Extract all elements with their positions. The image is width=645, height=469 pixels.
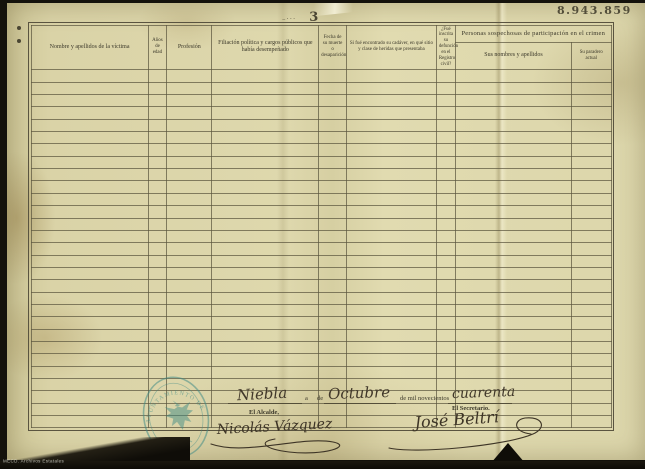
- empty-cell: [167, 206, 212, 218]
- empty-cell: [346, 243, 436, 255]
- empty-cell: [319, 304, 347, 316]
- empty-cell: [456, 255, 572, 267]
- empty-cell: [212, 95, 319, 107]
- empty-cell: [212, 218, 319, 230]
- empty-cell: [572, 206, 612, 218]
- empty-cell: [31, 329, 148, 341]
- empty-cell: [456, 193, 572, 205]
- scan-edge-top: [0, 0, 645, 3]
- table-row: [31, 267, 611, 279]
- empty-cell: [167, 354, 212, 366]
- empty-cell: [212, 317, 319, 329]
- empty-cell: [31, 82, 148, 94]
- empty-cell: [212, 169, 319, 181]
- empty-cell: [436, 193, 455, 205]
- empty-cell: [456, 181, 572, 193]
- empty-cell: [436, 70, 455, 82]
- empty-cell: [212, 206, 319, 218]
- empty-cell: [167, 107, 212, 119]
- empty-cell: [167, 181, 212, 193]
- empty-cell: [167, 317, 212, 329]
- empty-cell: [148, 280, 167, 292]
- empty-cell: [212, 267, 319, 279]
- empty-cell: [346, 354, 436, 366]
- empty-cell: [436, 329, 455, 341]
- empty-cell: [572, 317, 612, 329]
- table-row: [31, 193, 611, 205]
- empty-cell: [319, 169, 347, 181]
- registry-table-wrap: Nombre y apellidos de la víctima Años de…: [28, 22, 614, 431]
- table-header: Nombre y apellidos de la víctima Años de…: [31, 25, 611, 70]
- empty-cell: [436, 181, 455, 193]
- empty-cell: [31, 243, 148, 255]
- empty-cell: [346, 366, 436, 378]
- empty-cell: [346, 95, 436, 107]
- empty-cell: [212, 304, 319, 316]
- col-header-registro: ¿Fué inscrita su defunción en el Registr…: [436, 25, 455, 70]
- empty-cell: [31, 70, 148, 82]
- empty-cell: [31, 317, 148, 329]
- empty-cell: [456, 82, 572, 94]
- empty-cell: [148, 354, 167, 366]
- empty-cell: [167, 230, 212, 242]
- table-row: [31, 70, 611, 82]
- empty-cell: [436, 366, 455, 378]
- empty-cell: [456, 95, 572, 107]
- empty-cell: [456, 132, 572, 144]
- table-row: [31, 218, 611, 230]
- empty-cell: [456, 304, 572, 316]
- empty-cell: [319, 206, 347, 218]
- empty-cell: [572, 403, 612, 415]
- table-body: [31, 70, 611, 428]
- empty-cell: [572, 193, 612, 205]
- table-row: [31, 317, 611, 329]
- empty-cell: [212, 107, 319, 119]
- empty-cell: [319, 317, 347, 329]
- serial-number-stamp: 8.943.859: [557, 4, 632, 17]
- empty-cell: [319, 255, 347, 267]
- empty-cell: [319, 292, 347, 304]
- col-header-filiacion: Filiación política y cargos públicos que…: [212, 25, 319, 70]
- empty-cell: [167, 119, 212, 131]
- empty-cell: [212, 292, 319, 304]
- empty-cell: [148, 82, 167, 94]
- empty-cell: [31, 366, 148, 378]
- empty-cell: [572, 366, 612, 378]
- empty-cell: [148, 193, 167, 205]
- empty-cell: [31, 132, 148, 144]
- table-row: [31, 341, 611, 353]
- empty-cell: [456, 354, 572, 366]
- empty-cell: [346, 107, 436, 119]
- empty-cell: [319, 82, 347, 94]
- empty-cell: [436, 243, 455, 255]
- page-notch-shadow: [491, 443, 525, 463]
- empty-cell: [346, 329, 436, 341]
- table-row: [31, 366, 611, 378]
- empty-cell: [167, 144, 212, 156]
- empty-cell: [456, 169, 572, 181]
- table-row: [31, 156, 611, 168]
- empty-cell: [572, 107, 612, 119]
- empty-cell: [167, 304, 212, 316]
- empty-cell: [167, 341, 212, 353]
- empty-cell: [456, 156, 572, 168]
- empty-cell: [572, 267, 612, 279]
- empty-cell: [346, 169, 436, 181]
- empty-cell: [167, 132, 212, 144]
- empty-cell: [319, 354, 347, 366]
- empty-cell: [31, 144, 148, 156]
- archive-watermark: MECD. Archivos Estatales: [3, 459, 64, 464]
- empty-cell: [572, 70, 612, 82]
- empty-cell: [572, 169, 612, 181]
- empty-cell: [148, 341, 167, 353]
- empty-cell: [212, 230, 319, 242]
- empty-cell: [456, 280, 572, 292]
- date-year-handwritten: cuarenta: [452, 384, 516, 402]
- eagle-icon: [163, 397, 197, 433]
- empty-cell: [346, 70, 436, 82]
- empty-cell: [148, 70, 167, 82]
- empty-cell: [148, 119, 167, 131]
- empty-cell: [456, 243, 572, 255]
- empty-cell: [31, 341, 148, 353]
- empty-cell: [456, 206, 572, 218]
- empty-cell: [212, 132, 319, 144]
- empty-cell: [436, 304, 455, 316]
- empty-cell: [148, 292, 167, 304]
- secretario-signature: José Beltrí: [385, 404, 565, 456]
- table-row: [31, 304, 611, 316]
- empty-cell: [167, 169, 212, 181]
- empty-cell: [148, 218, 167, 230]
- empty-cell: [319, 280, 347, 292]
- alcalde-signature-flourish: [211, 439, 340, 453]
- table-row: [31, 243, 611, 255]
- table-row: [31, 230, 611, 242]
- empty-cell: [148, 230, 167, 242]
- alcalde-signature-text: Nicolás Vázquez: [215, 416, 333, 438]
- empty-cell: [319, 107, 347, 119]
- blank-rule: [228, 403, 302, 404]
- empty-cell: [436, 82, 455, 94]
- empty-cell: [148, 317, 167, 329]
- empty-cell: [436, 119, 455, 131]
- empty-cell: [148, 206, 167, 218]
- empty-cell: [31, 304, 148, 316]
- table-row: [31, 206, 611, 218]
- empty-cell: [212, 354, 319, 366]
- empty-cell: [436, 206, 455, 218]
- empty-cell: [436, 95, 455, 107]
- empty-cell: [319, 341, 347, 353]
- table-row: [31, 82, 611, 94]
- empty-cell: [572, 280, 612, 292]
- empty-cell: [456, 70, 572, 82]
- empty-cell: [31, 267, 148, 279]
- empty-cell: [456, 119, 572, 131]
- col-header-fecha: Fecha de su muerte o desaparición: [319, 25, 347, 70]
- empty-cell: [167, 292, 212, 304]
- table-row: [31, 354, 611, 366]
- table-row: [31, 292, 611, 304]
- table-row: [31, 169, 611, 181]
- scan-edge-bottom: [0, 461, 645, 469]
- empty-cell: [346, 82, 436, 94]
- empty-cell: [212, 329, 319, 341]
- empty-cell: [167, 329, 212, 341]
- empty-cell: [212, 255, 319, 267]
- col-header-cadaver: Si fué encontrado su cadáver, en qué sit…: [346, 25, 436, 70]
- empty-cell: [148, 156, 167, 168]
- empty-cell: [572, 391, 612, 403]
- empty-cell: [212, 193, 319, 205]
- empty-cell: [212, 280, 319, 292]
- empty-cell: [346, 181, 436, 193]
- empty-cell: [572, 243, 612, 255]
- empty-cell: [319, 95, 347, 107]
- empty-cell: [212, 366, 319, 378]
- binding-hole: [17, 26, 21, 30]
- empty-cell: [456, 292, 572, 304]
- empty-cell: [572, 132, 612, 144]
- empty-cell: [31, 193, 148, 205]
- empty-cell: [148, 329, 167, 341]
- empty-cell: [572, 292, 612, 304]
- empty-cell: [346, 132, 436, 144]
- empty-cell: [31, 181, 148, 193]
- empty-cell: [31, 218, 148, 230]
- empty-cell: [148, 144, 167, 156]
- empty-cell: [572, 156, 612, 168]
- empty-cell: [572, 95, 612, 107]
- date-place-handwritten: Niebla: [237, 384, 288, 405]
- empty-cell: [319, 329, 347, 341]
- empty-cell: [346, 292, 436, 304]
- empty-cell: [436, 280, 455, 292]
- empty-cell: [212, 70, 319, 82]
- table-row: [31, 378, 611, 390]
- empty-cell: [31, 119, 148, 131]
- col-header-paradero: Su paradero actual: [572, 42, 612, 70]
- empty-cell: [572, 341, 612, 353]
- empty-cell: [167, 82, 212, 94]
- printed-a: a: [305, 395, 308, 402]
- empty-cell: [319, 181, 347, 193]
- empty-cell: [572, 378, 612, 390]
- empty-cell: [31, 378, 148, 390]
- empty-cell: [167, 156, 212, 168]
- empty-cell: [148, 107, 167, 119]
- empty-cell: [572, 82, 612, 94]
- empty-cell: [31, 107, 148, 119]
- empty-cell: [346, 218, 436, 230]
- table-row: [31, 107, 611, 119]
- empty-cell: [167, 218, 212, 230]
- empty-cell: [319, 119, 347, 131]
- empty-cell: [148, 243, 167, 255]
- empty-cell: [167, 95, 212, 107]
- empty-cell: [31, 156, 148, 168]
- empty-cell: [572, 230, 612, 242]
- empty-cell: [148, 304, 167, 316]
- empty-cell: [436, 169, 455, 181]
- empty-cell: [212, 144, 319, 156]
- empty-cell: [148, 95, 167, 107]
- empty-cell: [319, 132, 347, 144]
- empty-cell: [436, 341, 455, 353]
- empty-cell: [148, 267, 167, 279]
- table-row: [31, 280, 611, 292]
- empty-cell: [212, 243, 319, 255]
- empty-cell: [436, 267, 455, 279]
- empty-cell: [148, 132, 167, 144]
- empty-cell: [346, 317, 436, 329]
- empty-cell: [436, 156, 455, 168]
- date-month-handwritten: Octubre: [328, 383, 391, 403]
- col-header-victima: Nombre y apellidos de la víctima: [31, 25, 148, 70]
- printed-de: de: [317, 395, 323, 402]
- empty-cell: [456, 366, 572, 378]
- table-row: [31, 119, 611, 131]
- empty-cell: [319, 156, 347, 168]
- empty-cell: [572, 304, 612, 316]
- binding-hole: [17, 39, 21, 43]
- empty-cell: [319, 267, 347, 279]
- empty-cell: [572, 354, 612, 366]
- empty-cell: [167, 193, 212, 205]
- empty-cell: [31, 280, 148, 292]
- empty-cell: [319, 218, 347, 230]
- empty-cell: [31, 206, 148, 218]
- empty-cell: [346, 230, 436, 242]
- table-row: [31, 144, 611, 156]
- col-header-profesion: Profesión: [167, 25, 212, 70]
- empty-cell: [148, 181, 167, 193]
- col-group-sospechosas: Personas sospechosas de participación en…: [456, 25, 612, 42]
- secretario-signature-text: José Beltrí: [411, 407, 501, 432]
- empty-cell: [346, 193, 436, 205]
- table-row: [31, 95, 611, 107]
- empty-cell: [456, 317, 572, 329]
- empty-cell: [319, 230, 347, 242]
- empty-cell: [436, 144, 455, 156]
- empty-cell: [456, 267, 572, 279]
- empty-cell: [346, 341, 436, 353]
- empty-cell: [167, 280, 212, 292]
- empty-cell: [346, 304, 436, 316]
- empty-cell: [346, 206, 436, 218]
- empty-cell: [456, 329, 572, 341]
- empty-cell: [456, 107, 572, 119]
- empty-cell: [572, 416, 612, 428]
- printed-year-prefix: de mil novecientos: [400, 395, 449, 402]
- empty-cell: [456, 218, 572, 230]
- empty-cell: [572, 255, 612, 267]
- empty-cell: [346, 144, 436, 156]
- empty-cell: [167, 255, 212, 267]
- empty-cell: [436, 218, 455, 230]
- empty-cell: [436, 255, 455, 267]
- empty-cell: [31, 230, 148, 242]
- table-row: [31, 255, 611, 267]
- empty-cell: [346, 267, 436, 279]
- empty-cell: [456, 230, 572, 242]
- alcalde-signature: Nicolás Vázquez: [205, 412, 365, 460]
- col-header-nombres-sospechosos: Sus nombres y apellidos: [456, 42, 572, 70]
- empty-cell: [167, 70, 212, 82]
- empty-cell: [212, 156, 319, 168]
- empty-cell: [31, 95, 148, 107]
- empty-cell: [148, 169, 167, 181]
- empty-cell: [572, 218, 612, 230]
- empty-cell: [436, 107, 455, 119]
- empty-cell: [456, 144, 572, 156]
- table-row: [31, 181, 611, 193]
- empty-cell: [436, 317, 455, 329]
- empty-cell: [436, 132, 455, 144]
- table-row: [31, 132, 611, 144]
- empty-cell: [572, 119, 612, 131]
- empty-cell: [31, 416, 148, 428]
- scan-edge-left: [0, 0, 7, 469]
- empty-cell: [212, 82, 319, 94]
- empty-cell: [167, 243, 212, 255]
- empty-cell: [31, 169, 148, 181]
- empty-cell: [572, 144, 612, 156]
- empty-cell: [346, 119, 436, 131]
- empty-cell: [436, 354, 455, 366]
- empty-cell: [572, 181, 612, 193]
- empty-cell: [31, 292, 148, 304]
- empty-cell: [436, 230, 455, 242]
- empty-cell: [167, 267, 212, 279]
- empty-cell: [148, 255, 167, 267]
- empty-cell: [31, 354, 148, 366]
- empty-cell: [319, 70, 347, 82]
- col-header-edad: Años de edad: [148, 25, 167, 70]
- empty-cell: [346, 255, 436, 267]
- empty-cell: [31, 403, 148, 415]
- empty-cell: [212, 341, 319, 353]
- empty-cell: [31, 391, 148, 403]
- empty-cell: [319, 366, 347, 378]
- empty-cell: [346, 280, 436, 292]
- empty-cell: [31, 255, 148, 267]
- empty-cell: [346, 156, 436, 168]
- empty-cell: [436, 292, 455, 304]
- empty-cell: [319, 193, 347, 205]
- table-row: [31, 329, 611, 341]
- empty-cell: [319, 144, 347, 156]
- empty-cell: [212, 181, 319, 193]
- empty-cell: [456, 341, 572, 353]
- empty-cell: [319, 243, 347, 255]
- empty-cell: [572, 329, 612, 341]
- empty-cell: [212, 119, 319, 131]
- registry-table: Nombre y apellidos de la víctima Años de…: [31, 25, 612, 429]
